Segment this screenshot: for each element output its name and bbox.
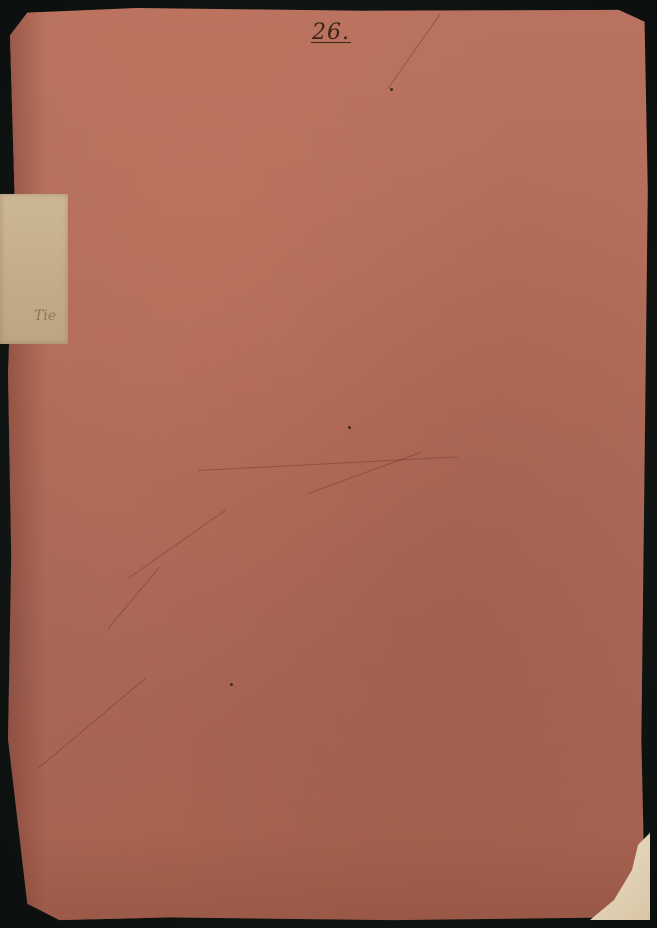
speck (390, 88, 393, 91)
speck (230, 683, 233, 686)
cover-shading (8, 8, 651, 922)
speck (348, 426, 351, 429)
book-cover (8, 8, 651, 922)
spine-paper-label: Tie (0, 194, 68, 344)
spine-label-text: Tie (34, 308, 56, 324)
shelf-mark-underline (311, 42, 351, 43)
